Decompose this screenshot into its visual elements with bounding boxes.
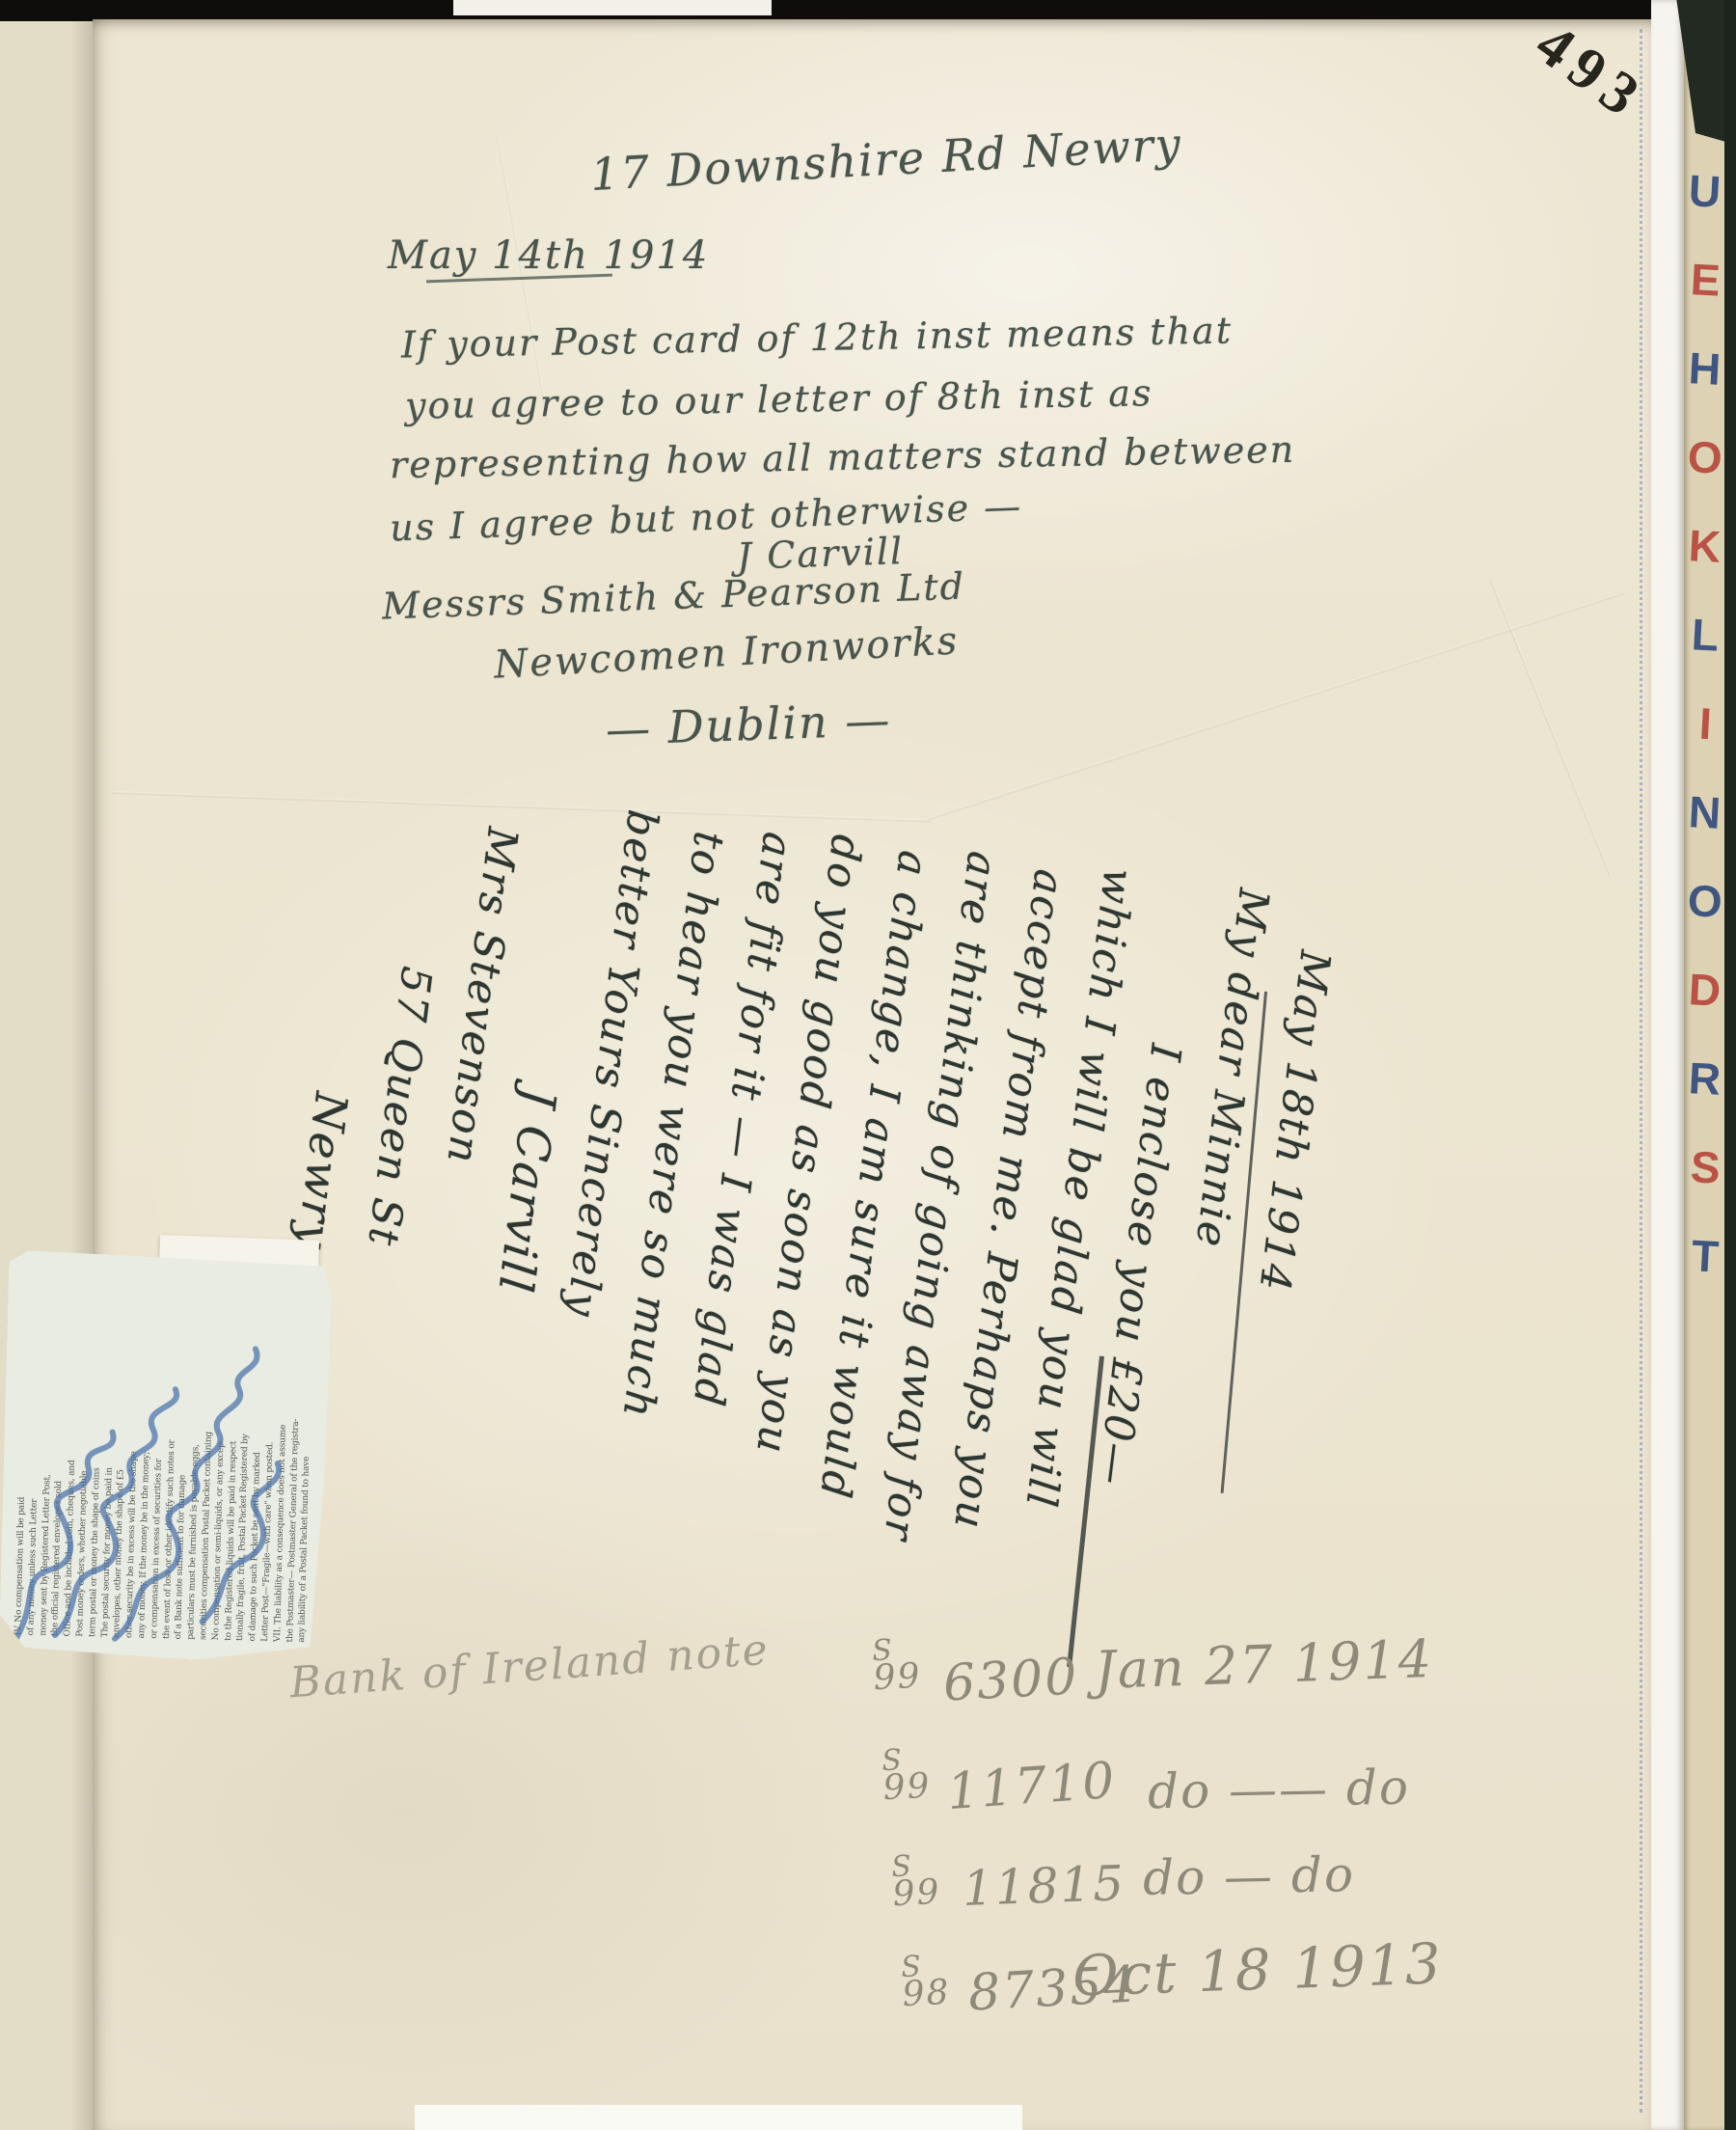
fore-edge-letter: K: [1687, 501, 1723, 591]
serial-series: 99: [882, 1771, 932, 1803]
fore-edge-letter: R: [1687, 1033, 1723, 1124]
fore-edge-letter: N: [1687, 767, 1723, 858]
serial-prefix-series: S 99: [882, 1747, 933, 1804]
banknote-date: do — do: [1143, 1846, 1356, 1906]
serial-number: 6300: [942, 1648, 1080, 1712]
page-edge-bottom: [415, 2105, 1022, 2130]
serial-number: 11815: [962, 1855, 1126, 1917]
serial-series: 99: [873, 1661, 922, 1693]
banknote-date: Oct 18 1913: [1071, 1930, 1444, 2008]
newspaper-clipping: IV. No compensation will be paidof any m…: [0, 1250, 333, 1664]
serial-series: 99: [892, 1877, 941, 1909]
book-cover-edge: [1724, 0, 1736, 2130]
clipping-print: IV. No compensation will be paidof any m…: [13, 1269, 319, 1643]
page-edge-top: [453, 0, 772, 15]
serial-prefix-series: S 99: [891, 1853, 942, 1910]
fore-edge-letter: S: [1688, 1122, 1722, 1212]
fore-edge-letter: O: [1686, 412, 1725, 503]
paper-crease: [927, 591, 1625, 821]
fore-edge-white-strip: [1651, 0, 1684, 2130]
fore-edge-letter: U: [1687, 146, 1723, 236]
letterbook-scan: TUEHOKLINODRST 493 17 Downshire Rd Newry…: [0, 0, 1736, 2130]
letter1-recipient-line: — Dublin —: [605, 694, 892, 755]
fore-edge-letters: TUEHOKLINODRST: [1684, 0, 1726, 2130]
banknote-date: do —— do: [1148, 1760, 1411, 1820]
fore-edge-letter: E: [1688, 234, 1722, 324]
serial-prefix-series: S 99: [872, 1637, 923, 1694]
fore-edge-letter: O: [1686, 856, 1725, 946]
fore-edge-letter: T: [1690, 1211, 1722, 1300]
blue-deckle-dots: [1640, 29, 1642, 2113]
letter-may18-rotated: May 18th 1914 My dear Minnie I enclose y…: [197, 768, 1355, 1759]
letter1-date: May 14th 1914: [388, 233, 709, 278]
serial-series: 98: [902, 1978, 951, 2009]
fore-edge-letter: D: [1687, 944, 1723, 1035]
banknote-date: Jan 27 1914: [1094, 1628, 1434, 1701]
fore-edge-letter: L: [1690, 589, 1722, 679]
fore-edge-letter: I: [1696, 679, 1714, 769]
serial-number: 11710: [945, 1752, 1118, 1821]
serial-prefix-series: S 98: [901, 1953, 952, 2010]
paper-crease: [1490, 580, 1612, 876]
fore-edge-letter: H: [1687, 323, 1723, 414]
